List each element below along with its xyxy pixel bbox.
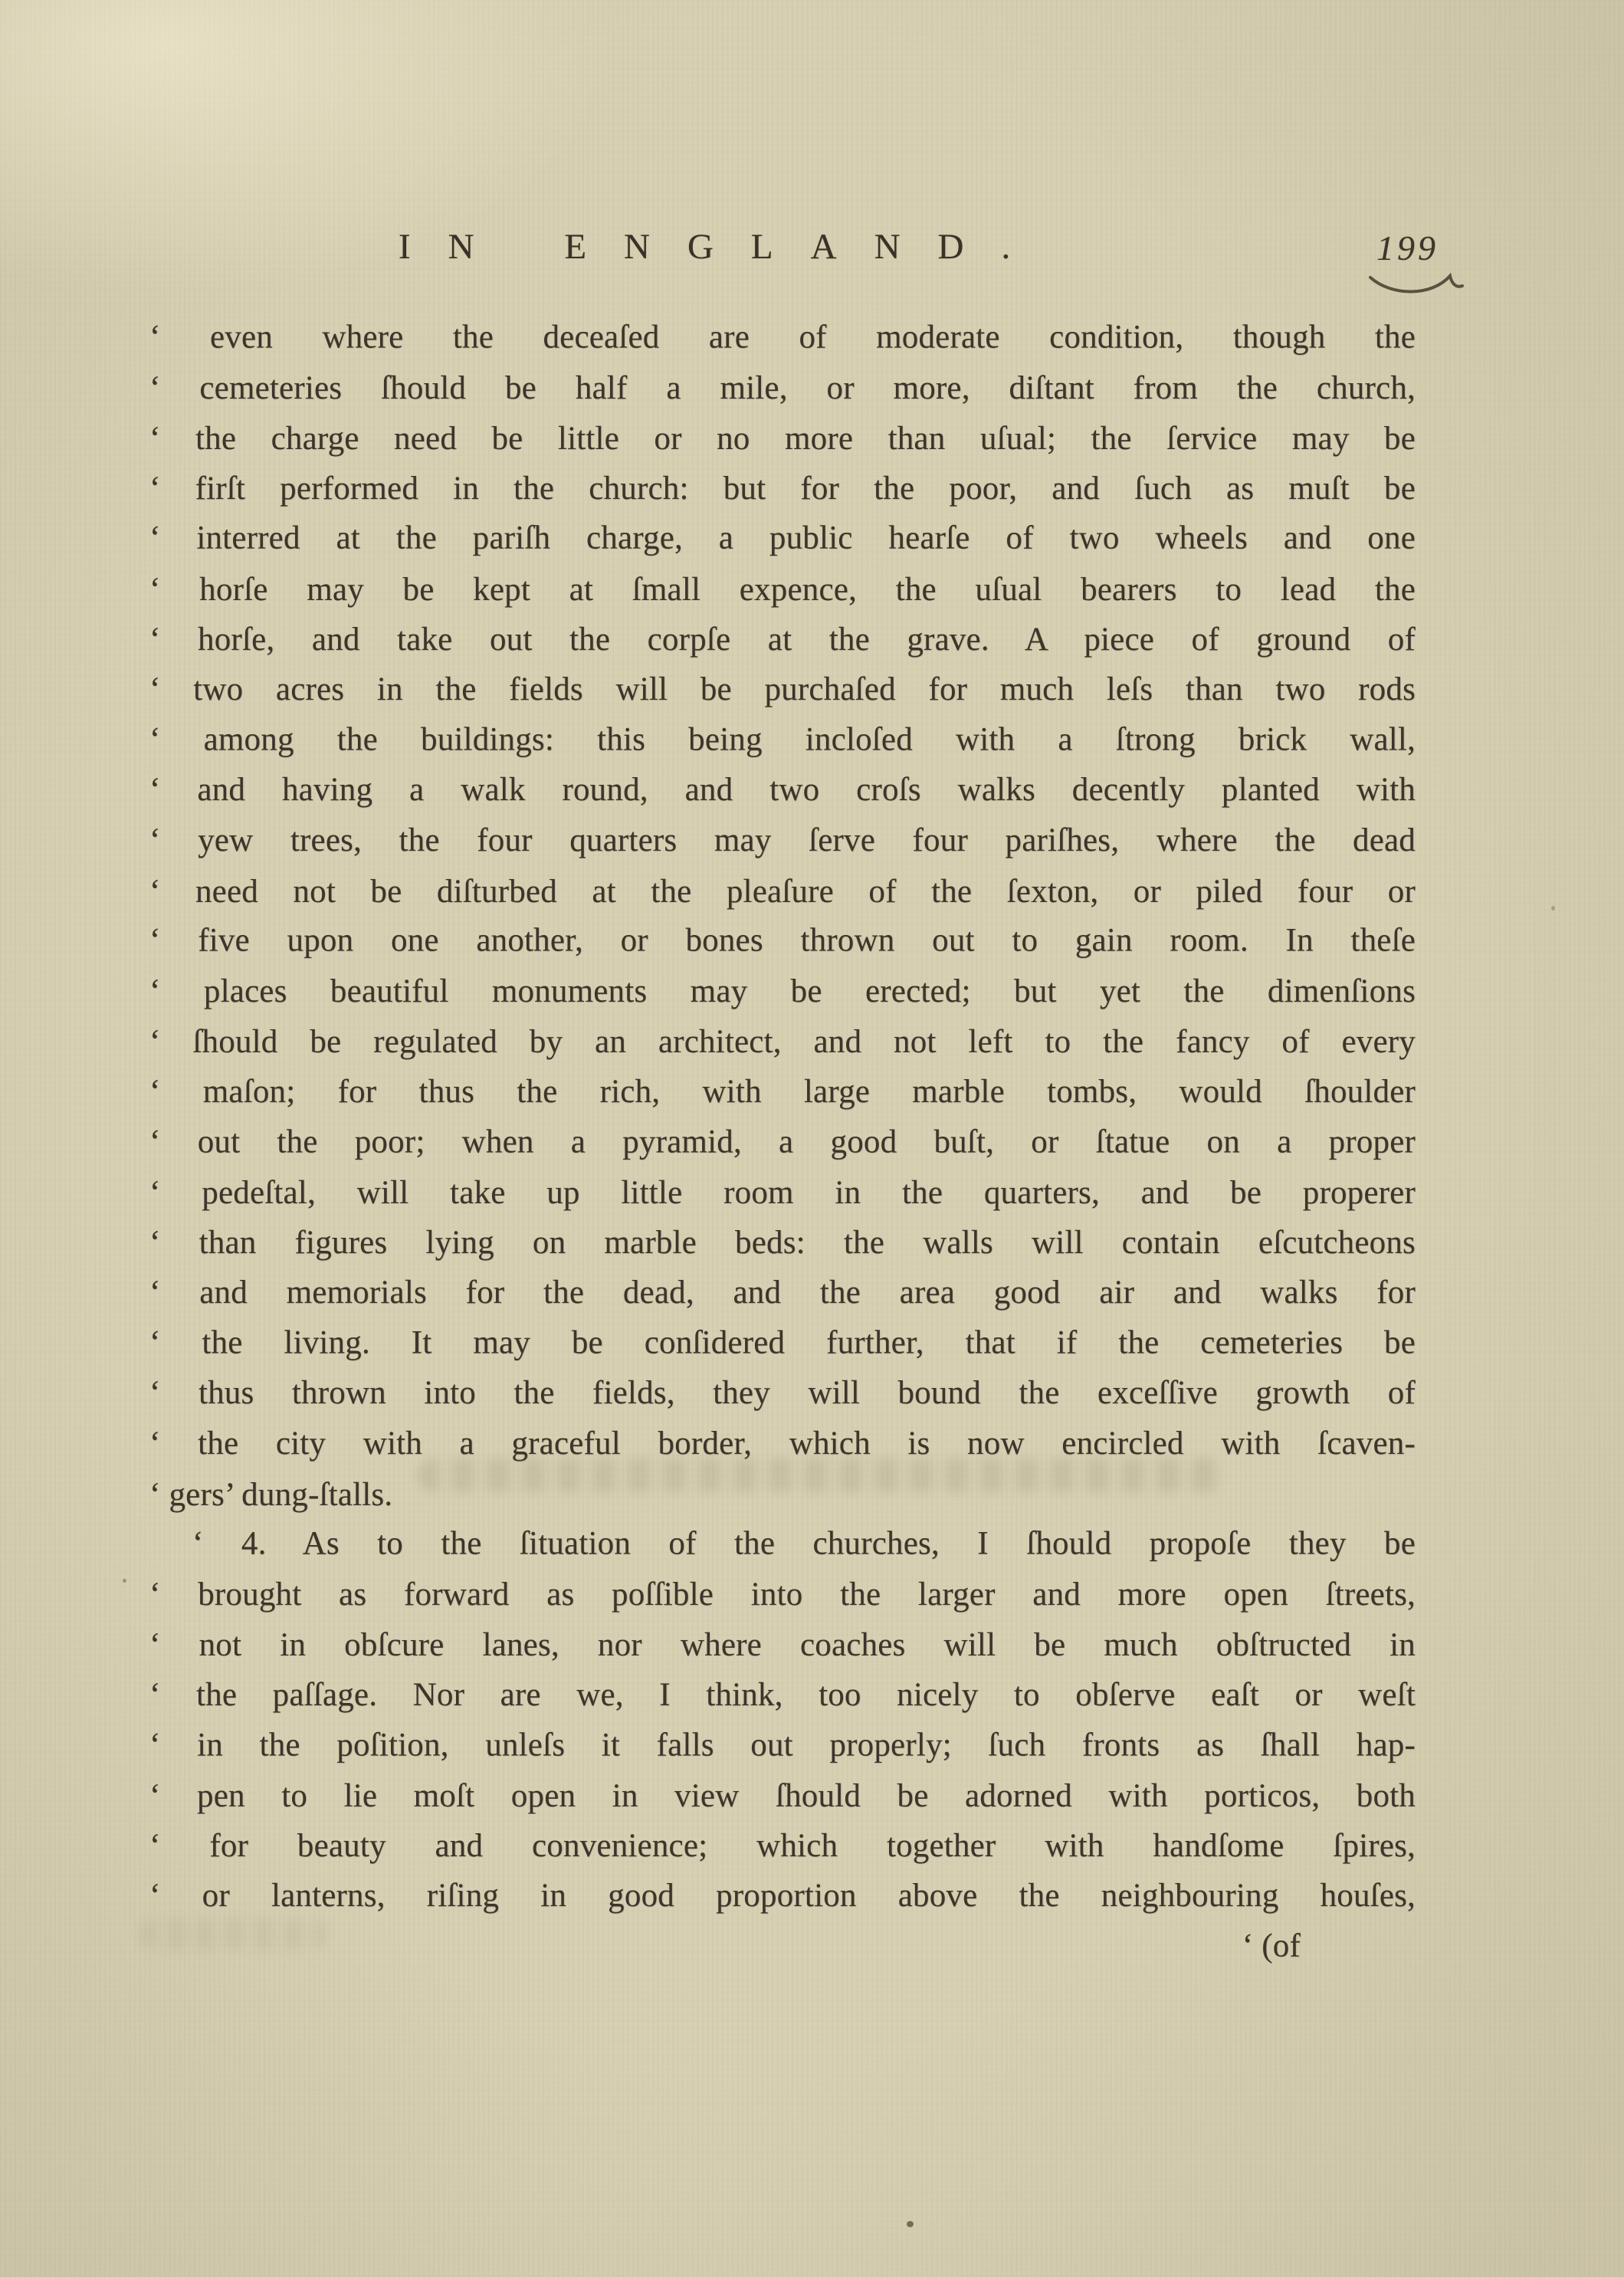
text-line: ‘ or lanterns, riſing in good proportion…: [149, 1871, 1416, 1921]
text-line: ‘ thus thrown into the fields, they will…: [149, 1368, 1416, 1419]
paper-speck: [907, 2221, 914, 2227]
running-head: IN ENGLAND.: [399, 226, 1048, 267]
paper-speck: [123, 1579, 126, 1583]
page-number-flourish: [1366, 270, 1467, 302]
text-line: ‘ brought as forward as poſſible into th…: [149, 1570, 1416, 1620]
text-line: ‘ in the poſition, unleſs it falls out p…: [149, 1720, 1416, 1770]
text-line-paragraph-start: ‘ 4. As to the ſituation of the churches…: [149, 1519, 1416, 1570]
text-line: ‘ the charge need be little or no more t…: [149, 414, 1416, 464]
text-line: ‘ the living. It may be conſidered furth…: [149, 1317, 1416, 1368]
text-line: ‘ the paſſage. Nor are we, I think, too …: [149, 1670, 1416, 1721]
text-line: ‘ need not be diſturbed at the pleaſure …: [149, 866, 1416, 917]
text-line: ‘ than figures lying on marble beds: the…: [149, 1218, 1416, 1268]
text-line: ‘ among the buildings: this being incloſ…: [149, 714, 1416, 765]
catchword: ‘ (of: [149, 1921, 1416, 1971]
body-text: ‘ even where the deceaſed are of moderat…: [149, 313, 1416, 1972]
text-line: ‘ pen to lie moſt open in view ſhould be…: [149, 1771, 1416, 1822]
text-line: ‘ maſon; for thus the rich, with large m…: [149, 1067, 1416, 1117]
text-line: ‘ interred at the pariſh charge, a publi…: [149, 513, 1416, 564]
text-line: ‘ five upon one another, or bones thrown…: [149, 916, 1416, 966]
text-line: ‘ two acres in the fields will be purcha…: [149, 664, 1416, 715]
text-line: ‘ horſe may be kept at ſmall expence, th…: [149, 565, 1416, 615]
page-number: 199: [1366, 228, 1481, 268]
folio: 199: [1366, 228, 1481, 302]
text-line: ‘ horſe, and take out the corpſe at the …: [149, 615, 1416, 665]
text-line: ‘ cemeteries ſhould be half a mile, or m…: [149, 363, 1416, 414]
text-line: ‘ and having a walk round, and two croſs…: [149, 765, 1416, 815]
text-line: ‘ for beauty and convenience; which toge…: [149, 1821, 1416, 1872]
book-page: IN ENGLAND. 199 ‘ even where the deceaſe…: [0, 0, 1624, 2277]
text-line: ‘ places beautiful monuments may be erec…: [149, 966, 1416, 1017]
text-line: ‘ out the poor; when a pyramid, a good b…: [149, 1117, 1416, 1167]
text-line: ‘ and memorials for the dead, and the ar…: [149, 1268, 1416, 1318]
text-line: ‘ gers’ dung-ſtalls.: [149, 1469, 1416, 1520]
paper-speck: [1551, 906, 1555, 910]
text-line: ‘ even where the deceaſed are of moderat…: [149, 312, 1416, 363]
text-line: ‘ ſhould be regulated by an architect, a…: [149, 1017, 1416, 1068]
text-line: ‘ firſt performed in the church: but for…: [149, 464, 1416, 514]
text-line: ‘ the city with a graceful border, which…: [149, 1419, 1416, 1469]
text-line: ‘ pedeſtal, will take up little room in …: [149, 1168, 1416, 1219]
text-line: ‘ yew trees, the four quarters may ſerve…: [149, 815, 1416, 866]
text-line: ‘ not in obſcure lanes, nor where coache…: [149, 1620, 1416, 1671]
